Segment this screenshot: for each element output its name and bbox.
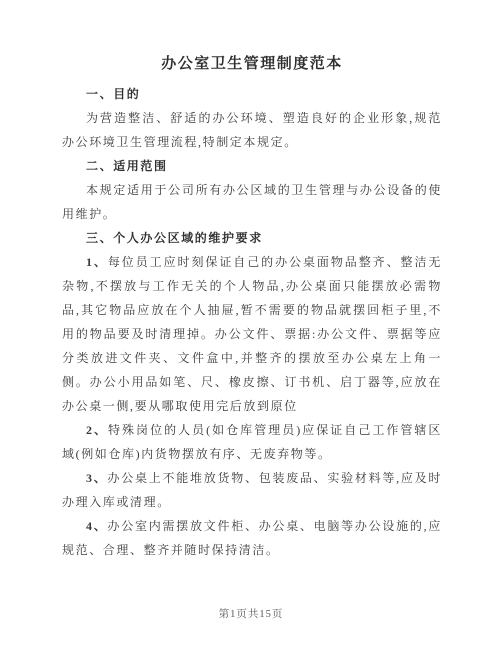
section-heading-scope: 二、适用范围 bbox=[62, 154, 442, 178]
paragraph-purpose: 为营造整洁、舒适的办公环境、塑造良好的企业形象,规范办公环境卫生管理流程,特制定… bbox=[62, 106, 442, 154]
paragraph-text-3: 办公桌上不能堆放货物、包装废品、实验材料等,应及时办理入库或清理。 bbox=[62, 471, 442, 509]
section-heading-personal-area: 三、个人办公区域的维护要求 bbox=[62, 226, 442, 250]
numbered-paragraph-2: 2、特殊岗位的人员(如仓库管理员)应保证自己工作管辖区域(例如仓库)内货物摆放有… bbox=[62, 418, 442, 466]
paragraph-text-2: 特殊岗位的人员(如仓库管理员)应保证自己工作管辖区域(例如仓库)内货物摆放有序、… bbox=[62, 423, 442, 461]
paragraph-scope: 本规定适用于公司所有办公区域的卫生管理与办公设备的使用维护。 bbox=[62, 178, 442, 226]
paragraph-number-1: 1、 bbox=[86, 255, 108, 269]
paragraph-number-3: 3、 bbox=[86, 471, 108, 485]
page-number-footer: 第1页共15页 bbox=[0, 606, 502, 621]
paragraph-number-2: 2、 bbox=[86, 423, 108, 437]
paragraph-text-4: 办公室内需摆放文件柜、办公桌、电脑等办公设施的,应规范、合理、整齐并随时保持清洁… bbox=[62, 519, 442, 557]
numbered-paragraph-1: 1、每位员工应时刻保证自己的办公桌面物品整齐、整洁无杂物,不摆放与工作无关的个人… bbox=[62, 250, 442, 418]
numbered-paragraph-3: 3、办公桌上不能堆放货物、包装废品、实验材料等,应及时办理入库或清理。 bbox=[62, 466, 442, 514]
document-content: 办公室卫生管理制度范本 一、目的 为营造整洁、舒适的办公环境、塑造良好的企业形象… bbox=[0, 0, 502, 562]
paragraph-text-1: 每位员工应时刻保证自己的办公桌面物品整齐、整洁无杂物,不摆放与工作无关的个人物品… bbox=[62, 255, 442, 413]
paragraph-number-4: 4、 bbox=[86, 519, 108, 533]
section-heading-purpose: 一、目的 bbox=[62, 82, 442, 106]
document-title: 办公室卫生管理制度范本 bbox=[62, 54, 442, 74]
document-page: 办公室卫生管理制度范本 一、目的 为营造整洁、舒适的办公环境、塑造良好的企业形象… bbox=[0, 0, 502, 649]
numbered-paragraph-4: 4、办公室内需摆放文件柜、办公桌、电脑等办公设施的,应规范、合理、整齐并随时保持… bbox=[62, 514, 442, 562]
